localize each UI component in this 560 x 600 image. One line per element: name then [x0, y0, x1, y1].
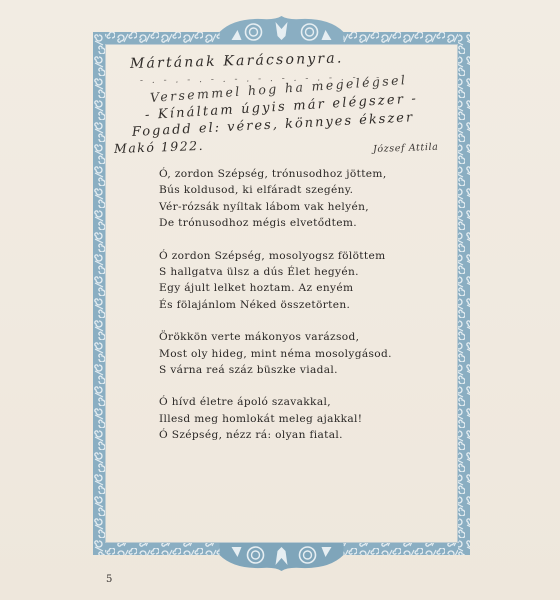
top-crest-ornament	[220, 16, 344, 44]
poem-stanza-1: Ó, zordon Szépség, trónusodhoz jöttem, B…	[159, 166, 439, 232]
poem-line: Vér-rózsák nyíltak lábom vak helyén,	[159, 199, 439, 215]
poem-stanza-3: Örökkön verte mákonyos varázsod, Most ol…	[159, 329, 439, 378]
poem-line: Egy ájult lelket hoztam. Az enyém	[159, 280, 439, 296]
poem-stanza-4: Ó hívd életre ápoló szavakkal, Illesd me…	[159, 394, 439, 443]
poem-line: Illesd meg homlokát meleg ajakkal!	[159, 411, 439, 427]
poem-line: S hallgatva ülsz a dús Élet hegyén.	[159, 264, 439, 280]
bottom-crest-ornament	[220, 543, 344, 571]
frame-left-band	[93, 32, 105, 555]
poem-line: És fölajánlom Néked összetörten.	[159, 297, 439, 313]
poem-stanza-2: Ó zordon Szépség, mosolyogsz fölöttem S …	[159, 248, 439, 314]
poem-line: Most oly hideg, mint néma mosolygásod.	[159, 346, 439, 362]
frame-right-band	[458, 32, 470, 555]
page-number: 5	[106, 574, 112, 585]
poem-line: De trónusodhoz mégis elvetődtem.	[159, 215, 439, 231]
poem-body: Ó, zordon Szépség, trónusodhoz jöttem, B…	[159, 166, 439, 460]
book-page: Mártának Karácsonyra. - . - . - . - . - …	[0, 0, 560, 600]
poem-line: Ó, zordon Szépség, trónusodhoz jöttem,	[159, 166, 439, 182]
poem-line: Ó Szépség, nézz rá: olyan fiatal.	[159, 427, 439, 443]
poem-line: Ó hívd életre ápoló szavakkal,	[159, 394, 439, 410]
poem-line: Bús koldusod, ki elfáradt szegény.	[159, 182, 439, 198]
poem-line: Ó zordon Szépség, mosolyogsz fölöttem	[159, 248, 439, 264]
poem-line: Örökkön verte mákonyos varázsod,	[159, 329, 439, 345]
poem-line: S várna reá száz büszke viadal.	[159, 362, 439, 378]
